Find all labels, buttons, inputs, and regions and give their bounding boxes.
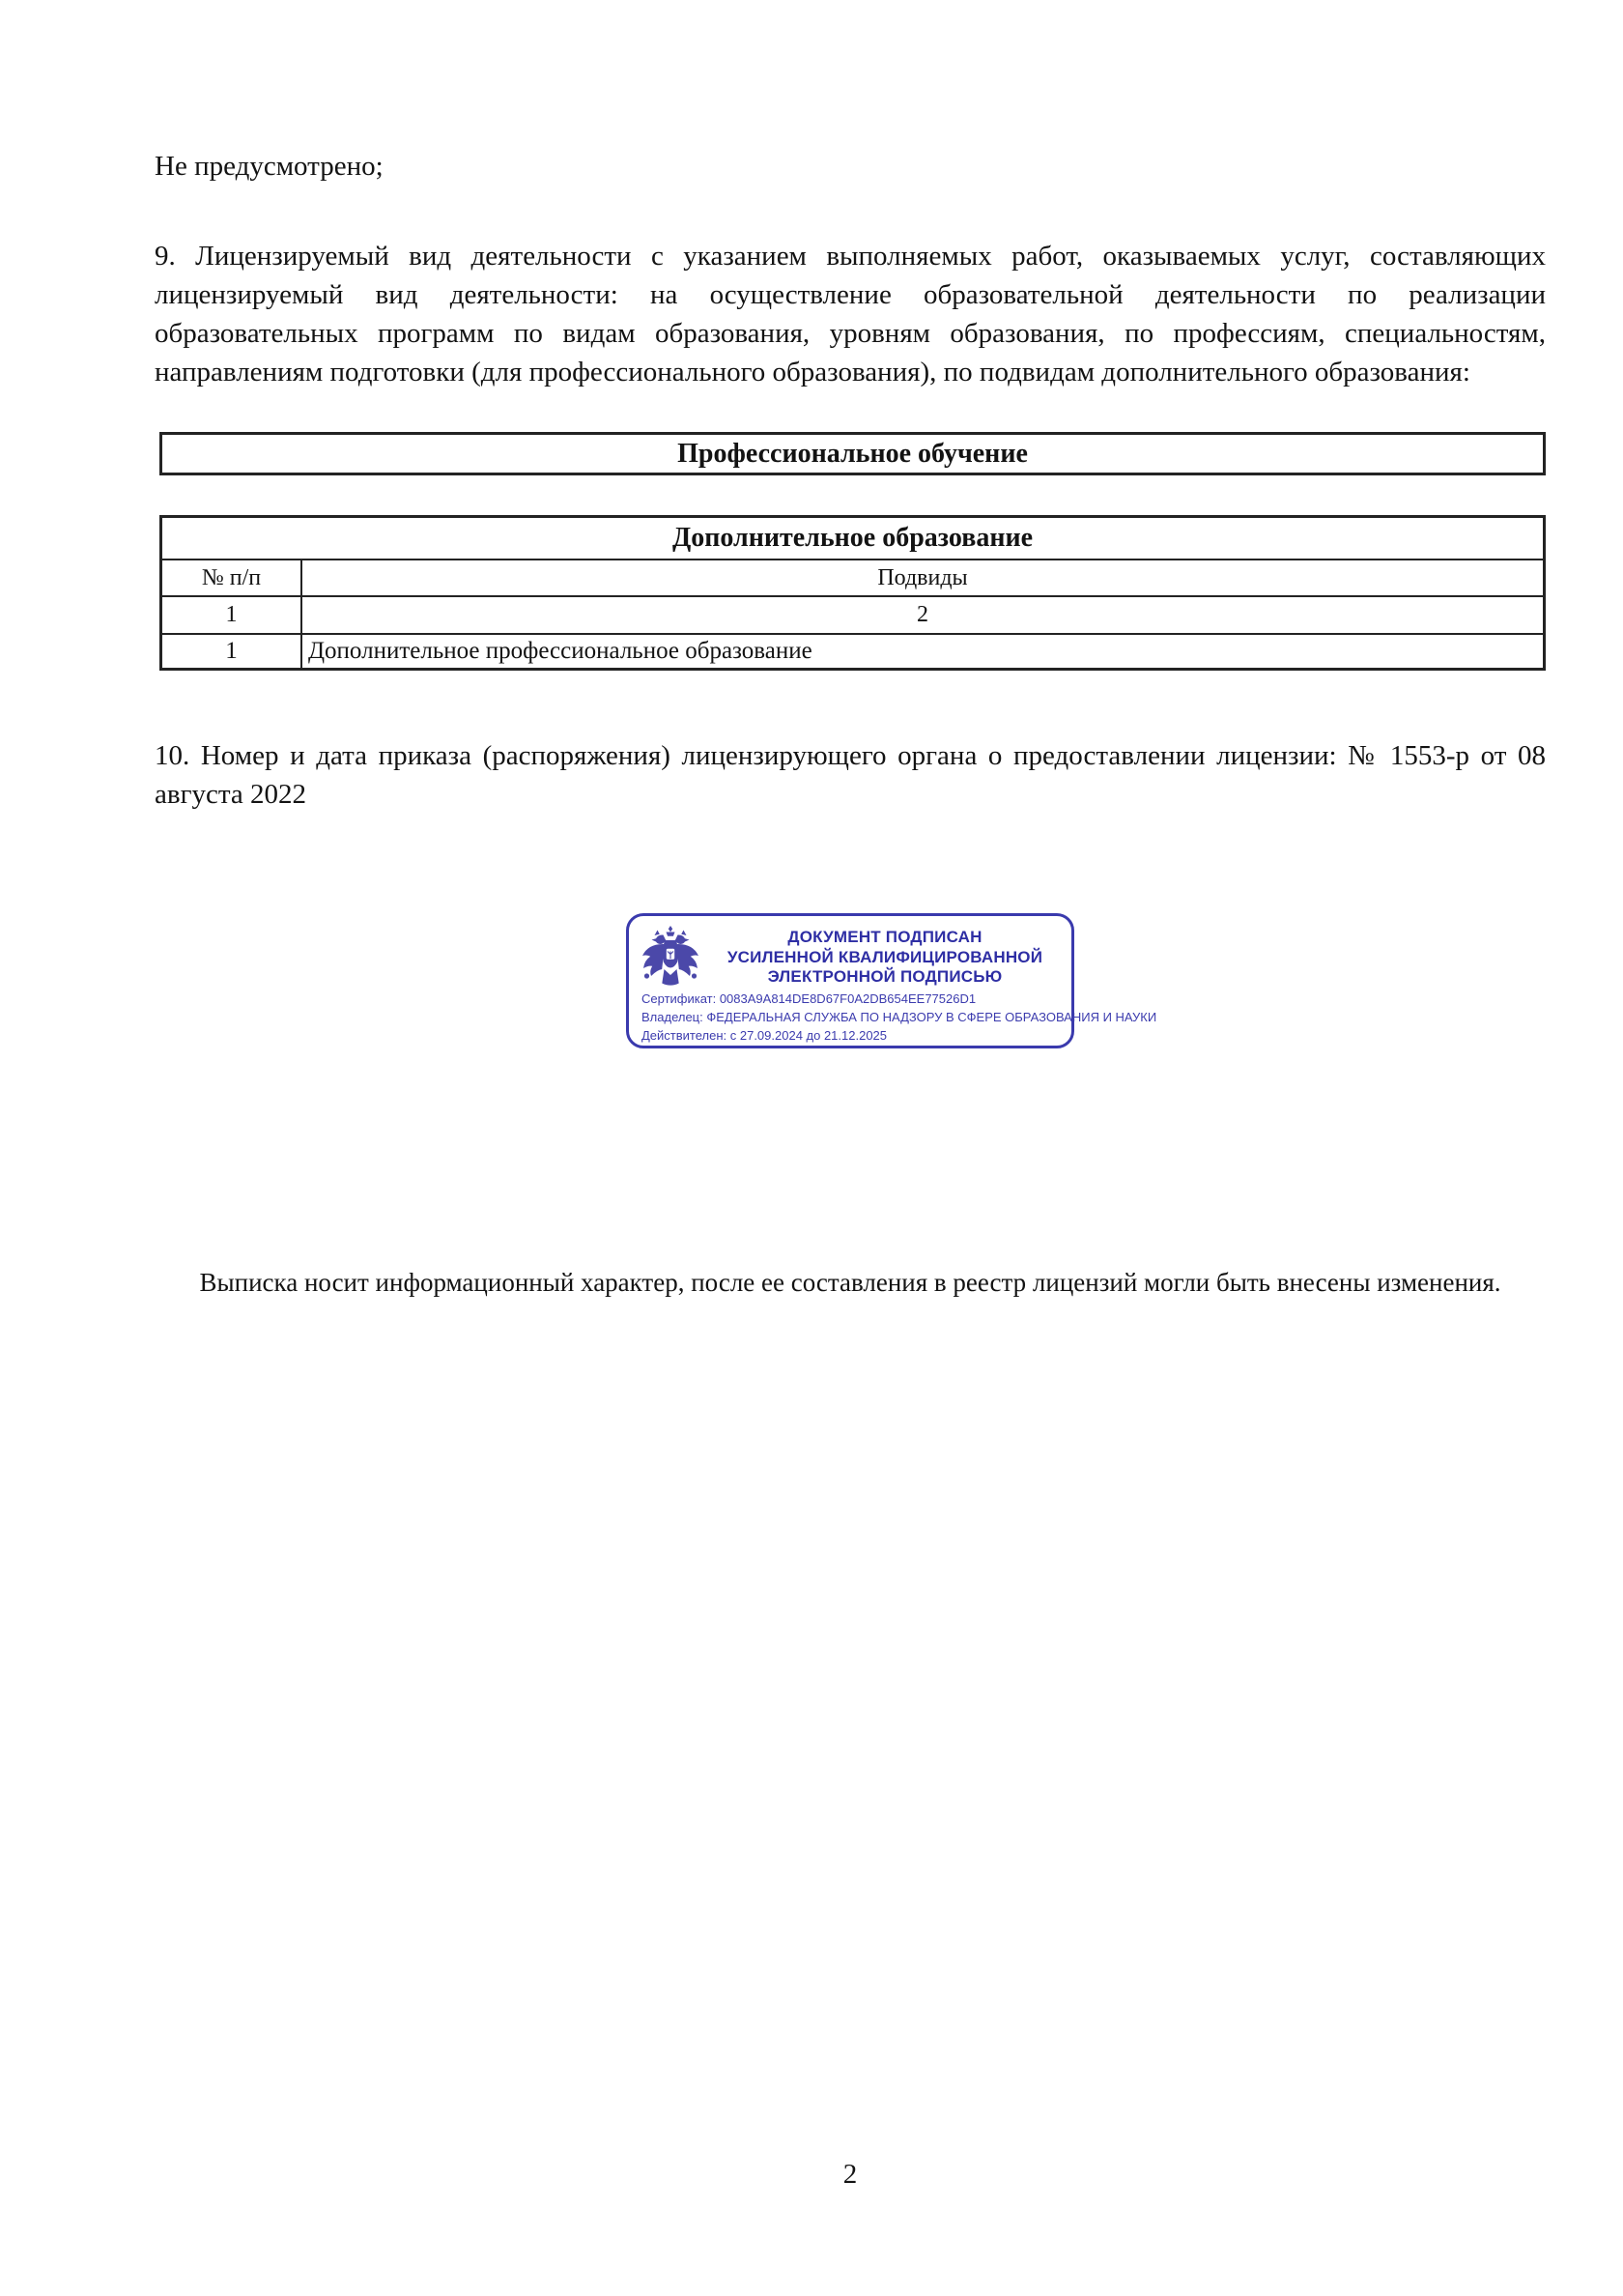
row-number-cell: 1 <box>162 635 302 668</box>
professional-training-table-title: Профессиональное обучение <box>162 435 1543 473</box>
stamp-owner: Владелец: ФЕДЕРАЛЬНАЯ СЛУЖБА ПО НАДЗОРУ … <box>641 1008 1064 1026</box>
digital-signature-stamp: ДОКУМЕНТ ПОДПИСАН УСИЛЕННОЙ КВАЛИФИЦИРОВ… <box>626 913 1074 1048</box>
intro-line: Не предусмотрено; <box>155 147 384 186</box>
stamp-title-line-2: УСИЛЕННОЙ КВАЛИФИЦИРОВАННОЙ <box>714 948 1056 968</box>
column-header-subtypes: Подвиды <box>302 560 1543 595</box>
stamp-title: ДОКУМЕНТ ПОДПИСАН УСИЛЕННОЙ КВАЛИФИЦИРОВ… <box>714 928 1056 988</box>
column-numbering-row: 1 2 <box>162 595 1543 633</box>
professional-training-table: Профессиональное обучение <box>159 432 1546 475</box>
table-row: 1 Дополнительное профессиональное образо… <box>162 633 1543 668</box>
table-header-row: № п/п Подвиды <box>162 559 1543 595</box>
column-number-cell: 1 <box>162 597 302 633</box>
page-number: 2 <box>155 2159 1546 2191</box>
stamp-certificate: Сертификат: 0083A9A814DE8D67F0A2DB654EE7… <box>641 990 1064 1008</box>
column-header-number: № п/п <box>162 560 302 595</box>
stamp-details: Сертификат: 0083A9A814DE8D67F0A2DB654EE7… <box>641 990 1064 1045</box>
section-10-paragraph: 10. Номер и дата приказа (распоряжения) … <box>155 736 1546 814</box>
stamp-title-line-1: ДОКУМЕНТ ПОДПИСАН <box>714 928 1056 948</box>
stamp-title-line-3: ЭЛЕКТРОННОЙ ПОДПИСЬЮ <box>714 967 1056 988</box>
additional-education-table: Дополнительное образование № п/п Подвиды… <box>159 515 1546 671</box>
row-subtype-cell: Дополнительное профессиональное образова… <box>302 635 1543 668</box>
footer-note: Выписка носит информационный характер, п… <box>155 1266 1546 1299</box>
additional-education-table-title: Дополнительное образование <box>162 518 1543 559</box>
section-9-paragraph: 9. Лицензируемый вид деятельности с указ… <box>155 237 1546 391</box>
stamp-validity: Действителен: с 27.09.2024 до 21.12.2025 <box>641 1026 1064 1045</box>
double-headed-eagle-icon <box>639 925 702 990</box>
document-page: Не предусмотрено; 9. Лицензируемый вид д… <box>0 0 1623 2296</box>
column-number-cell: 2 <box>302 597 1543 633</box>
